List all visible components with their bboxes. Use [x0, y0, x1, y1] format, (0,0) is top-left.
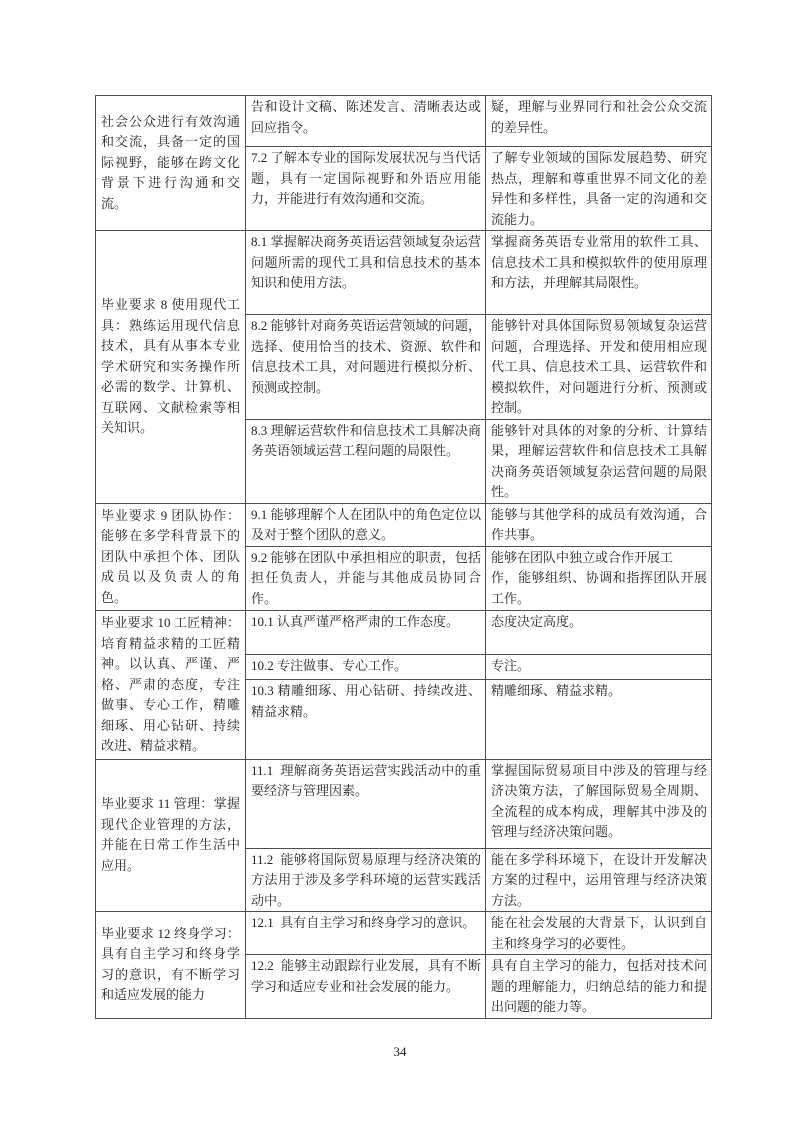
indicator-cell: 11.1 理解商务英语运营实践活动中的重要经济与管理因素。: [246, 759, 486, 848]
standard-cell: 能够针对具体国际贸易领域复杂运营问题，合理选择、开发和使用相应现代工具、信息技术…: [486, 315, 712, 420]
standard-cell: 掌握国际贸易项目中涉及的管理与经济决策方法，了解国际贸易全周期、全流程的成本构成…: [486, 759, 712, 848]
indicator-cell: 11.2 能够将国际贸易原理与经济决策的方法用于涉及多学科环境的运营实践活动中。: [246, 848, 486, 912]
standard-cell: 具有自主学习的能力，包括对技术问题的理解能力，归纳总结的能力和提出问题的能力等。: [486, 955, 712, 1019]
indicator-cell: 9.2 能够在团队中承担相应的职责，包括担任负责人，并能与其他成员协同合作。: [246, 546, 486, 610]
indicator-cell: 12.2 能够主动跟踪行业发展，具有不断学习和适应专业和社会发展的能力。: [246, 955, 486, 1019]
table-row: 毕业要求 11 管理：掌握现代企业管理的方法，并能在日常工作生活中应用。 11.…: [96, 759, 712, 848]
requirement-cell: 毕业要求 11 管理：掌握现代企业管理的方法，并能在日常工作生活中应用。: [96, 759, 246, 912]
graduation-requirements-table: 社会公众进行有效沟通和交流，具备一定的国际视野，能够在跨文化背景下进行沟通和交流…: [95, 95, 712, 1019]
requirement-cell: 社会公众进行有效沟通和交流，具备一定的国际视野，能够在跨文化背景下进行沟通和交流…: [96, 96, 246, 231]
standard-cell: 疑，理解与业界同行和社会公众交流的差异性。: [486, 96, 712, 147]
indicator-cell: 告和设计文稿、陈述发言、清晰表达或回应指令。: [246, 96, 486, 147]
indicator-cell: 7.2 了解本专业的国际发展状况与当代话题，具有一定国际视野和外语应用能力，并能…: [246, 147, 486, 231]
document-page: 社会公众进行有效沟通和交流，具备一定的国际视野，能够在跨文化背景下进行沟通和交流…: [0, 0, 800, 1131]
standard-cell: 精雕细琢、精益求精。: [486, 680, 712, 759]
standard-cell: 能在社会发展的大背景下，认识到自主和终身学习的必要性。: [486, 912, 712, 955]
standard-cell: 态度决定高度。: [486, 611, 712, 655]
table-row: 毕业要求 12 终身学习：具有自主学习和终身学习的意识，有不断学习和适应发展的能…: [96, 912, 712, 955]
standard-cell: 能在多学科环境下，在设计开发解决方案的过程中，运用管理与经济决策方法。: [486, 848, 712, 912]
requirement-cell: 毕业要求 12 终身学习：具有自主学习和终身学习的意识，有不断学习和适应发展的能…: [96, 912, 246, 1019]
indicator-cell: 8.1 掌握解决商务英语运营领域复杂运营问题所需的现代工具和信息技术的基本知识和…: [246, 231, 486, 315]
indicator-cell: 8.2 能够针对商务英语运营领域的问题，选择、使用恰当的技术、资源、软件和信息技…: [246, 315, 486, 420]
standard-cell: 能够针对具体的对象的分析、计算结果，理解运营软件和信息技术工具解决商务英语领域复…: [486, 419, 712, 503]
standard-cell: 了解专业领域的国际发展趋势、研究热点，理解和尊重世界不同文化的差异性和多样性，具…: [486, 147, 712, 231]
table-row: 毕业要求 8 使用现代工具：熟练运用现代信息技术，具有从事本专业学术研究和实务操…: [96, 231, 712, 315]
page-number: 34: [0, 1044, 800, 1060]
table-row: 毕业要求 10 工匠精神：培育精益求精的工匠精神。以认真、严谨、严格、严肃的态度…: [96, 611, 712, 655]
indicator-cell: 9.1 能够理解个人在团队中的角色定位以及对于整个团队的意义。: [246, 503, 486, 546]
indicator-cell: 12.1 具有自主学习和终身学习的意识。: [246, 912, 486, 955]
requirement-cell: 毕业要求 9 团队协作：能够在多学科背景下的团队中承担个体、团队成员以及负责人的…: [96, 503, 246, 611]
standard-cell: 能够在团队中独立或合作开展工 作，能够组织、协调和指挥团队开展工作。: [486, 546, 712, 610]
table-row: 社会公众进行有效沟通和交流，具备一定的国际视野，能够在跨文化背景下进行沟通和交流…: [96, 96, 712, 147]
indicator-cell: 10.1 认真严谨严格严肃的工作态度。: [246, 611, 486, 655]
requirement-cell: 毕业要求 10 工匠精神：培育精益求精的工匠精神。以认真、严谨、严格、严肃的态度…: [96, 611, 246, 760]
indicator-cell: 10.2 专注做事、专心工作。: [246, 655, 486, 680]
table-row: 毕业要求 9 团队协作：能够在多学科背景下的团队中承担个体、团队成员以及负责人的…: [96, 503, 712, 546]
indicator-cell: 8.3 理解运营软件和信息技术工具解决商务英语领域运营工程问题的局限性。: [246, 419, 486, 503]
standard-cell: 专注。: [486, 655, 712, 680]
indicator-cell: 10.3 精雕细琢、用心钻研、持续改进、精益求精。: [246, 680, 486, 759]
requirement-cell: 毕业要求 8 使用现代工具：熟练运用现代信息技术，具有从事本专业学术研究和实务操…: [96, 231, 246, 504]
standard-cell: 掌握商务英语专业常用的软件工具、信息技术工具和模拟软件的使用原理和方法，并理解其…: [486, 231, 712, 315]
standard-cell: 能够与其他学科的成员有效沟通，合作共事。: [486, 503, 712, 546]
